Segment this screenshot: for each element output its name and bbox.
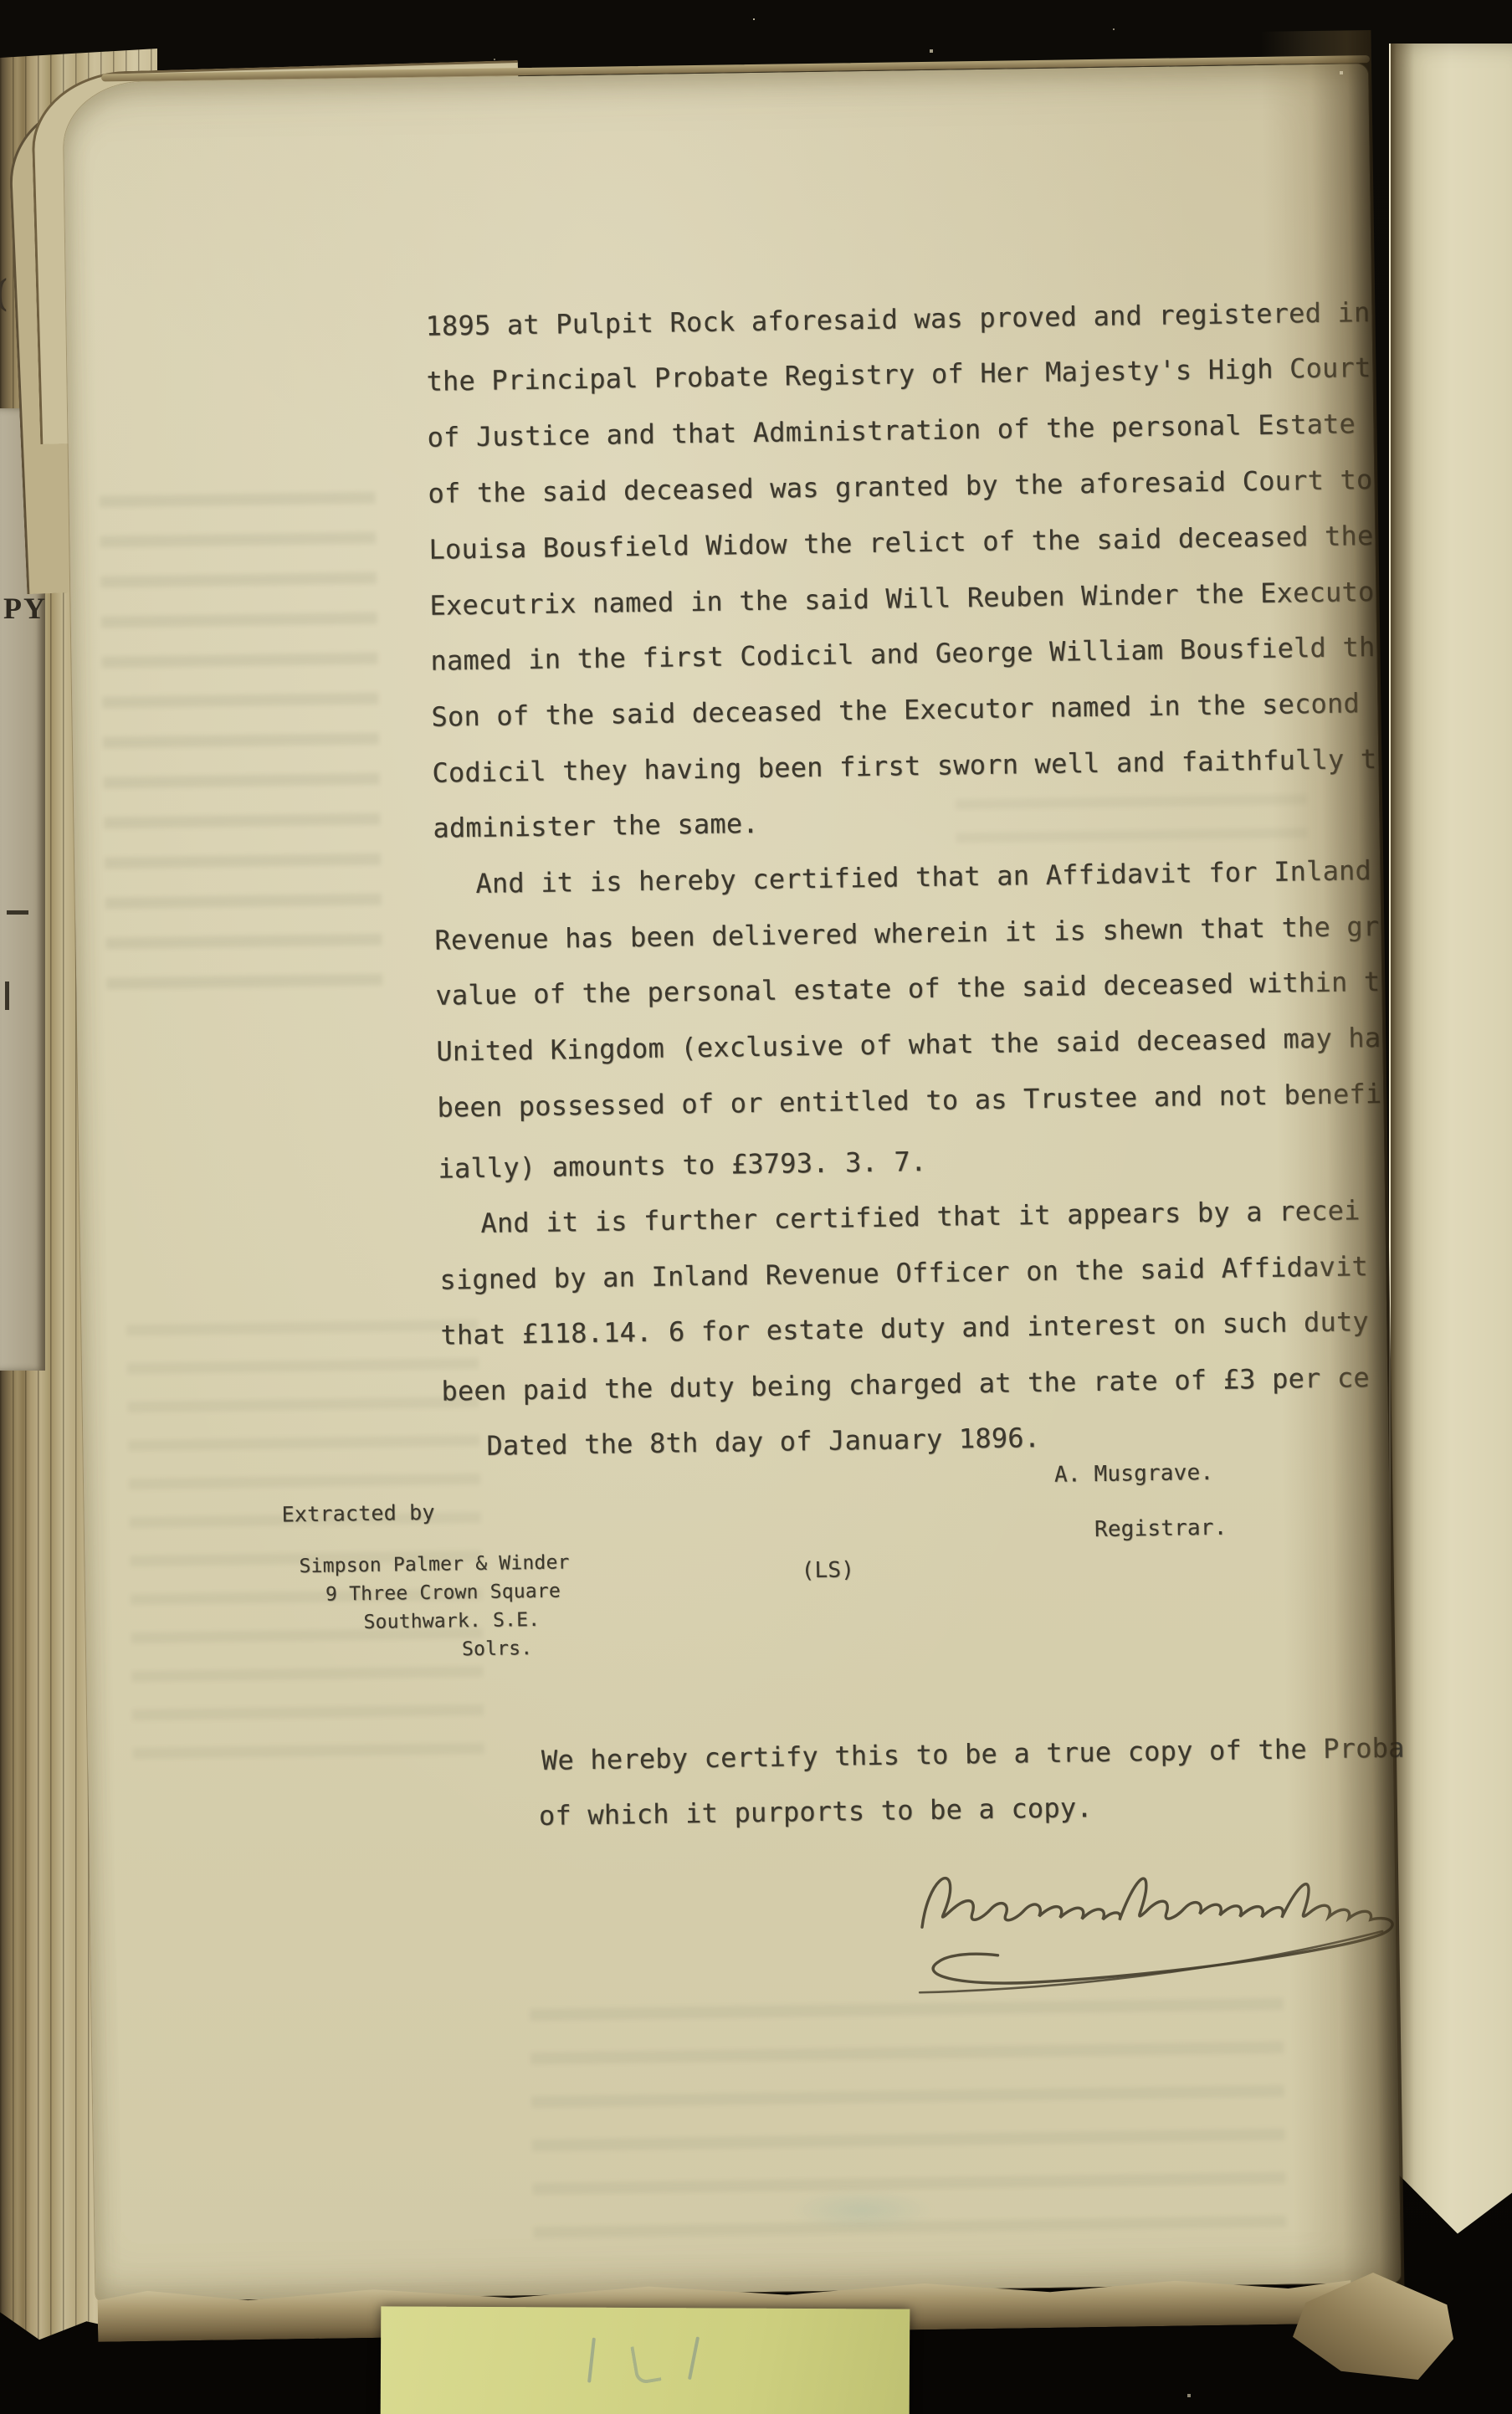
solicitor-address-line1: 9 Three Crown Square bbox=[325, 1581, 561, 1606]
typed-line: Codicil they having been first sworn wel… bbox=[432, 743, 1376, 789]
handwritten-mark bbox=[688, 2336, 700, 2380]
typed-line: signed by an Inland Revenue Officer on t… bbox=[439, 1250, 1368, 1295]
handwritten-mark bbox=[630, 2343, 661, 2385]
typed-line: of Justice and that Administration of th… bbox=[427, 407, 1356, 453]
typed-line: of the said deceased was granted by the … bbox=[428, 464, 1372, 510]
seal-mark-ls: (LS) bbox=[801, 1557, 854, 1583]
typed-line: United Kingdom (exclusive of what the sa… bbox=[436, 1022, 1381, 1068]
typed-line: been possessed of or entitled to as Trus… bbox=[437, 1078, 1381, 1124]
certification-line: We hereby certify this to be a true copy… bbox=[541, 1732, 1405, 1776]
scanned-probate-page-photo: ( PY 1895 at Pulpit Rock aforesaid was p… bbox=[0, 0, 1512, 2414]
certification-line: of which it purports to be a copy. bbox=[539, 1791, 1093, 1832]
typed-line: been paid the duty being charged at the … bbox=[441, 1361, 1370, 1407]
typed-line: 1895 at Pulpit Rock aforesaid was proved… bbox=[425, 296, 1370, 342]
typewritten-text-layer: 1895 at Pulpit Rock aforesaid was proved… bbox=[0, 0, 1433, 2414]
typed-line: Executrix named in the said Will Reuben … bbox=[429, 576, 1374, 622]
typed-line: Dated the 8th day of January 1896. bbox=[486, 1422, 1040, 1462]
solicitor-role: Solrs. bbox=[462, 1638, 533, 1660]
typed-line: administer the same. bbox=[433, 807, 759, 844]
typed-line: Son of the said deceased the Executor na… bbox=[431, 687, 1360, 732]
typed-line: value of the personal estate of the said… bbox=[435, 966, 1380, 1012]
solicitor-firm: Simpson Palmer & Winder bbox=[299, 1551, 569, 1577]
extracted-by-label: Extracted by bbox=[281, 1500, 434, 1527]
typed-line: Revenue has been delivered wherein it is… bbox=[434, 910, 1379, 956]
main-page-rotor: 1895 at Pulpit Rock aforesaid was proved… bbox=[0, 0, 1512, 2414]
typed-line: named in the first Codicil and George Wi… bbox=[430, 631, 1375, 677]
registrar-name: A. Musgrave. bbox=[1054, 1460, 1214, 1488]
typed-line: Louisa Bousfield Widow the relict of the… bbox=[428, 520, 1373, 566]
handwritten-mark bbox=[587, 2338, 596, 2383]
sticky-note bbox=[381, 2306, 910, 2414]
solicitor-address-line2: Southwark. S.E. bbox=[363, 1609, 540, 1633]
dust-specks bbox=[753, 18, 755, 20]
typed-line: that £118.14. 6 for estate duty and inte… bbox=[440, 1305, 1369, 1351]
typed-line: the Principal Probate Registry of Her Ma… bbox=[426, 351, 1371, 397]
typed-line: And it is further certified that it appe… bbox=[480, 1194, 1361, 1239]
registrar-title: Registrar. bbox=[1094, 1515, 1228, 1542]
faint-stamp-smudge bbox=[787, 2188, 937, 2232]
typed-line: And it is hereby certified that an Affid… bbox=[475, 854, 1371, 899]
typed-line: ially) amounts to £3793. 3. 7. bbox=[438, 1145, 926, 1185]
